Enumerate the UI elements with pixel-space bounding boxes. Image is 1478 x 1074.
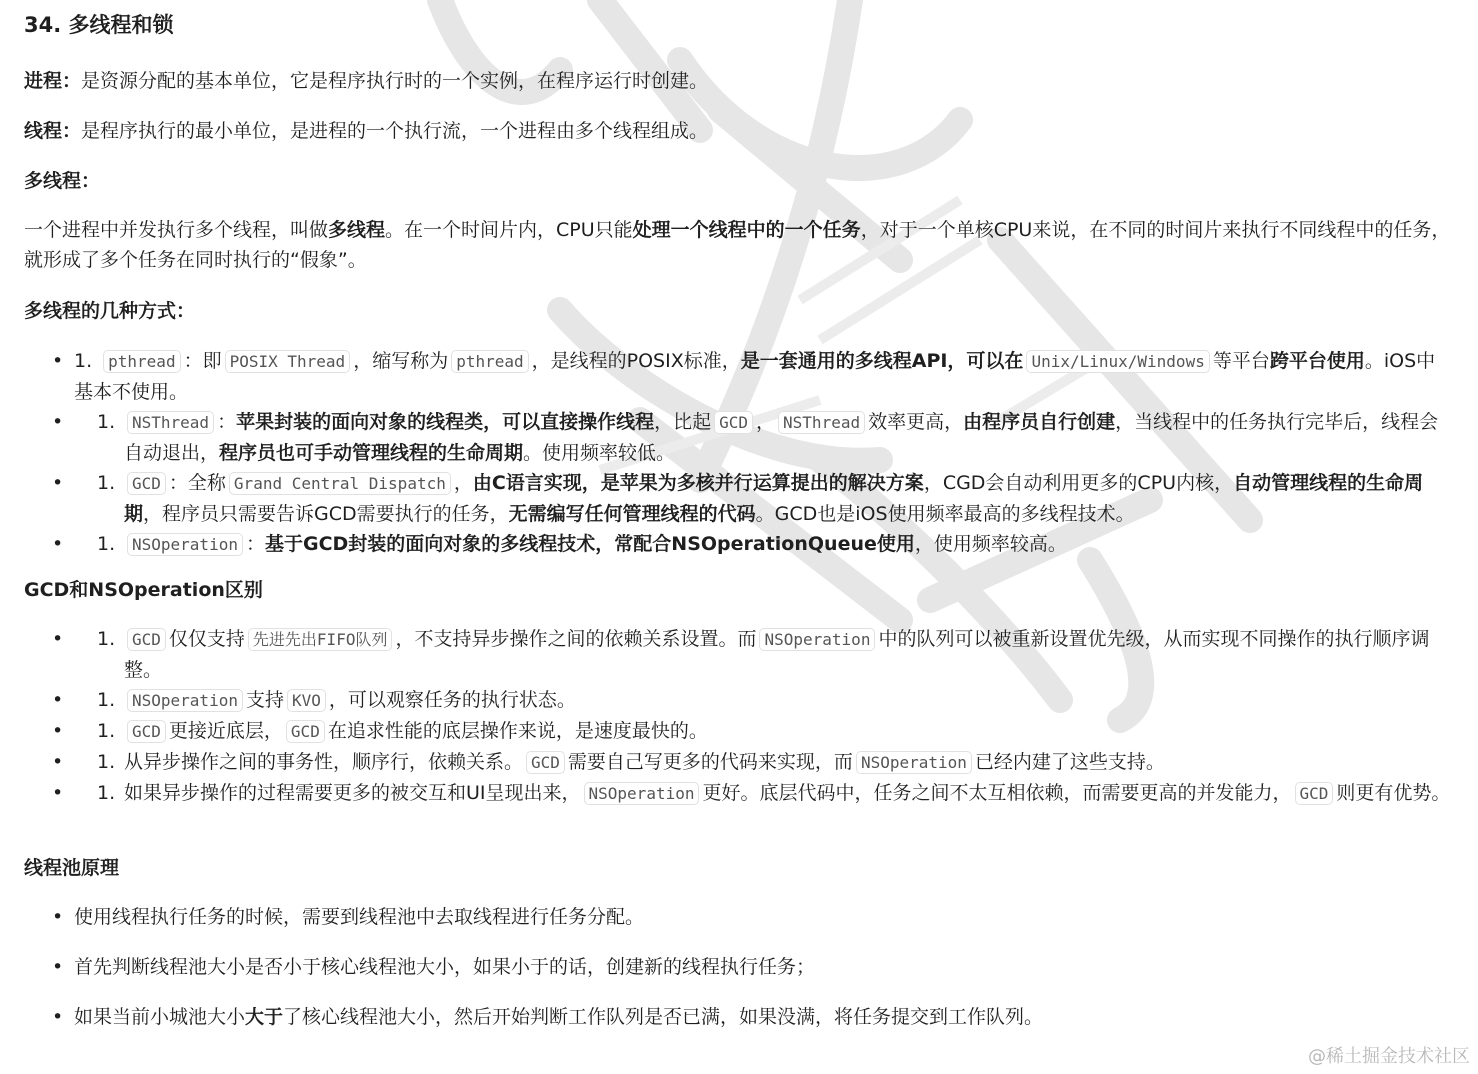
inline-code: POSIX Thread <box>225 350 351 373</box>
ways-heading: 多线程的几种方式： <box>24 296 1454 326</box>
process-label: 进程： <box>24 70 81 92</box>
text: ，CGD会自动利用更多的CPU内核， <box>924 472 1233 494</box>
text: ， <box>454 472 473 494</box>
text: 一个进程中并发执行多个线程，叫做 <box>24 219 328 241</box>
text: ，不支持异步操作之间的依赖关系设置。而 <box>395 628 756 650</box>
inline-code: Unix/Linux/Windows <box>1026 350 1209 373</box>
list-item-gcd: • 1.GCD：全称Grand Central Dispatch，由C语言实现，… <box>24 468 1454 529</box>
bullet-icon: • <box>52 902 63 932</box>
diff-heading: GCD和NSOperation区别 <box>24 575 1454 605</box>
bullet-icon: • <box>52 407 63 437</box>
inline-code: NSOperation <box>856 751 972 774</box>
multithread-heading: 多线程： <box>24 166 1454 196</box>
text: ，程序员只需要告诉GCD需要执行的任务， <box>143 503 509 525</box>
text: 从异步操作之间的事务性，顺序行，依赖关系。 <box>124 751 523 773</box>
bullet-icon: • <box>52 468 63 498</box>
inline-code: NSOperation <box>759 628 875 651</box>
bullet-icon: • <box>52 529 63 559</box>
bullet-icon: • <box>52 346 63 376</box>
text: ， <box>756 411 775 433</box>
text: ，使用频率较高。 <box>915 533 1067 555</box>
text: 支持 <box>246 689 284 711</box>
bold-text: 苹果封装的面向对象的线程类，可以直接操作线程 <box>236 411 654 433</box>
inline-code: NSOperation <box>584 782 700 805</box>
list-item-nsoperation: • 1.NSOperation：基于GCD封装的面向对象的多线程技术，常配合NS… <box>24 529 1454 560</box>
text: ： <box>246 533 265 555</box>
list-item: • 首先判断线程池大小是否小于核心线程池大小，如果小于的话，创建新的线程执行任务… <box>24 952 1454 982</box>
bold-text: 由C语言实现，是苹果为多核并行运算提出的解决方案 <box>473 472 924 494</box>
inline-code: GCD <box>1295 782 1334 805</box>
bullet-icon: • <box>52 747 63 777</box>
list-item: • 1.从异步操作之间的事务性，顺序行，依赖关系。GCD需要自己写更多的代码来实… <box>24 747 1454 778</box>
item-number: 1. <box>74 350 92 372</box>
text: ，缩写称为 <box>353 350 448 372</box>
thread-text: 是程序执行的最小单位，是进程的一个执行流，一个进程由多个线程组成。 <box>81 120 708 142</box>
bold-text: 是一套通用的多线程API，可以在 <box>741 350 1024 372</box>
list-item: • 1.GCD更接近底层，GCD在追求性能的底层操作来说，是速度最快的。 <box>24 716 1454 747</box>
diff-list: • 1.GCD仅仅支持先进先出FIFO队列，不支持异步操作之间的依赖关系设置。而… <box>24 624 1454 809</box>
item-number: 1. <box>97 747 115 777</box>
text: ：全称 <box>169 472 226 494</box>
text: ，可以观察任务的执行状态。 <box>329 689 576 711</box>
text: ：即 <box>184 350 222 372</box>
bullet-icon: • <box>52 624 63 654</box>
text: 。GCD也是iOS使用频率最高的多线程技术。 <box>756 503 1135 525</box>
item-number: 1. <box>97 685 115 715</box>
bold-text: 程序员也可手动管理线程的生命周期 <box>219 442 523 464</box>
text: 等平台 <box>1213 350 1270 372</box>
bullet-icon: • <box>52 778 63 808</box>
inline-code: GCD <box>714 411 753 434</box>
item-number: 1. <box>97 529 115 559</box>
text: ： <box>217 411 236 433</box>
process-text: 是资源分配的基本单位，它是程序执行时的一个实例，在程序运行时创建。 <box>81 70 708 92</box>
item-number: 1. <box>97 778 115 808</box>
inline-code: pthread <box>103 350 180 373</box>
text: 在追求性能的底层操作来说，是速度最快的。 <box>328 720 708 742</box>
text: 已经内建了这些支持。 <box>975 751 1165 773</box>
text: 如果异步操作的过程需要更多的被交互和UI呈现出来， <box>124 782 581 804</box>
inline-code: NSThread <box>127 411 214 434</box>
list-item: • 1.如果异步操作的过程需要更多的被交互和UI呈现出来，NSOperation… <box>24 778 1454 809</box>
inline-code: 先进先出FIFO队列 <box>248 628 393 651</box>
bold-text: 无需编写任何管理线程的代码 <box>509 503 756 525</box>
text: 首先判断线程池大小是否小于核心线程池大小，如果小于的话，创建新的线程执行任务； <box>74 956 815 978</box>
bold-text: 处理一个线程中的一个任务 <box>633 219 861 241</box>
text: 如果当前小城池大小 <box>74 1006 245 1028</box>
list-item: • 如果当前小城池大小大于了核心线程池大小，然后开始判断工作队列是否已满，如果没… <box>24 1002 1454 1032</box>
text: 了核心线程池大小，然后开始判断工作队列是否已满，如果没满，将任务提交到工作队列。 <box>283 1006 1043 1028</box>
inline-code: NSThread <box>778 411 865 434</box>
list-item-nsthread: • 1.NSThread：苹果封装的面向对象的线程类，可以直接操作线程，比起GC… <box>24 407 1454 468</box>
list-item: • 1.NSOperation支持KVO，可以观察任务的执行状态。 <box>24 685 1454 716</box>
item-number: 1. <box>97 624 115 654</box>
text: 更好。底层代码中，任务之间不太互相依赖，而需要更高的并发能力， <box>702 782 1291 804</box>
bold-text: 多线程 <box>328 219 385 241</box>
inline-code: GCD <box>127 720 166 743</box>
bold-text: 基于GCD封装的面向对象的多线程技术，常配合NSOperationQueue使用 <box>265 533 915 555</box>
inline-code: GCD <box>286 720 325 743</box>
bold-text: 跨平台使用 <box>1270 350 1365 372</box>
item-number: 1. <box>97 407 115 437</box>
bullet-icon: • <box>52 1002 63 1032</box>
thread-label: 线程： <box>24 120 81 142</box>
text: 效率更高， <box>868 411 963 433</box>
list-item: • 1.GCD仅仅支持先进先出FIFO队列，不支持异步操作之间的依赖关系设置。而… <box>24 624 1454 685</box>
bold-text: 由程序员自行创建 <box>963 411 1115 433</box>
text: 则更有优势。 <box>1336 782 1450 804</box>
bullet-icon: • <box>52 952 63 982</box>
inline-code: GCD <box>127 628 166 651</box>
text: 仅仅支持 <box>169 628 245 650</box>
inline-code: Grand Central Dispatch <box>229 472 451 495</box>
bullet-icon: • <box>52 716 63 746</box>
item-number: 1. <box>97 716 115 746</box>
pool-heading: 线程池原理 <box>24 853 1454 883</box>
thread-definition: 线程：是程序执行的最小单位，是进程的一个执行流，一个进程由多个线程组成。 <box>24 116 1454 146</box>
list-item: • 使用线程执行任务的时候，需要到线程池中去取线程进行任务分配。 <box>24 902 1454 932</box>
multithread-paragraph: 一个进程中并发执行多个线程，叫做多线程。在一个时间片内，CPU只能处理一个线程中… <box>24 215 1454 275</box>
ways-list: • 1.pthread：即POSIX Thread，缩写称为pthread，是线… <box>24 346 1454 560</box>
inline-code: pthread <box>451 350 528 373</box>
text: ，是线程的POSIX标准， <box>532 350 741 372</box>
inline-code: NSOperation <box>127 533 243 556</box>
bold-text: 大于 <box>245 1006 283 1028</box>
inline-code: NSOperation <box>127 689 243 712</box>
text: 。使用频率较低。 <box>523 442 675 464</box>
text: 更接近底层， <box>169 720 283 742</box>
item-number: 1. <box>97 468 115 498</box>
text: ，比起 <box>654 411 711 433</box>
text: 使用线程执行任务的时候，需要到线程池中去取线程进行任务分配。 <box>74 906 644 928</box>
inline-code: GCD <box>127 472 166 495</box>
text: 。在一个时间片内，CPU只能 <box>385 219 633 241</box>
bullet-icon: • <box>52 685 63 715</box>
inline-code: KVO <box>287 689 326 712</box>
source-watermark: @稀土掘金技术社区 <box>1308 1042 1470 1068</box>
page-title: 34. 多线程和锁 <box>24 10 174 40</box>
pool-list: • 使用线程执行任务的时候，需要到线程池中去取线程进行任务分配。 • 首先判断线… <box>24 902 1454 1032</box>
inline-code: GCD <box>526 751 565 774</box>
text: 需要自己写更多的代码来实现，而 <box>568 751 853 773</box>
process-definition: 进程：是资源分配的基本单位，它是程序执行时的一个实例，在程序运行时创建。 <box>24 66 1454 96</box>
list-item-pthread: • 1.pthread：即POSIX Thread，缩写称为pthread，是线… <box>24 346 1454 407</box>
